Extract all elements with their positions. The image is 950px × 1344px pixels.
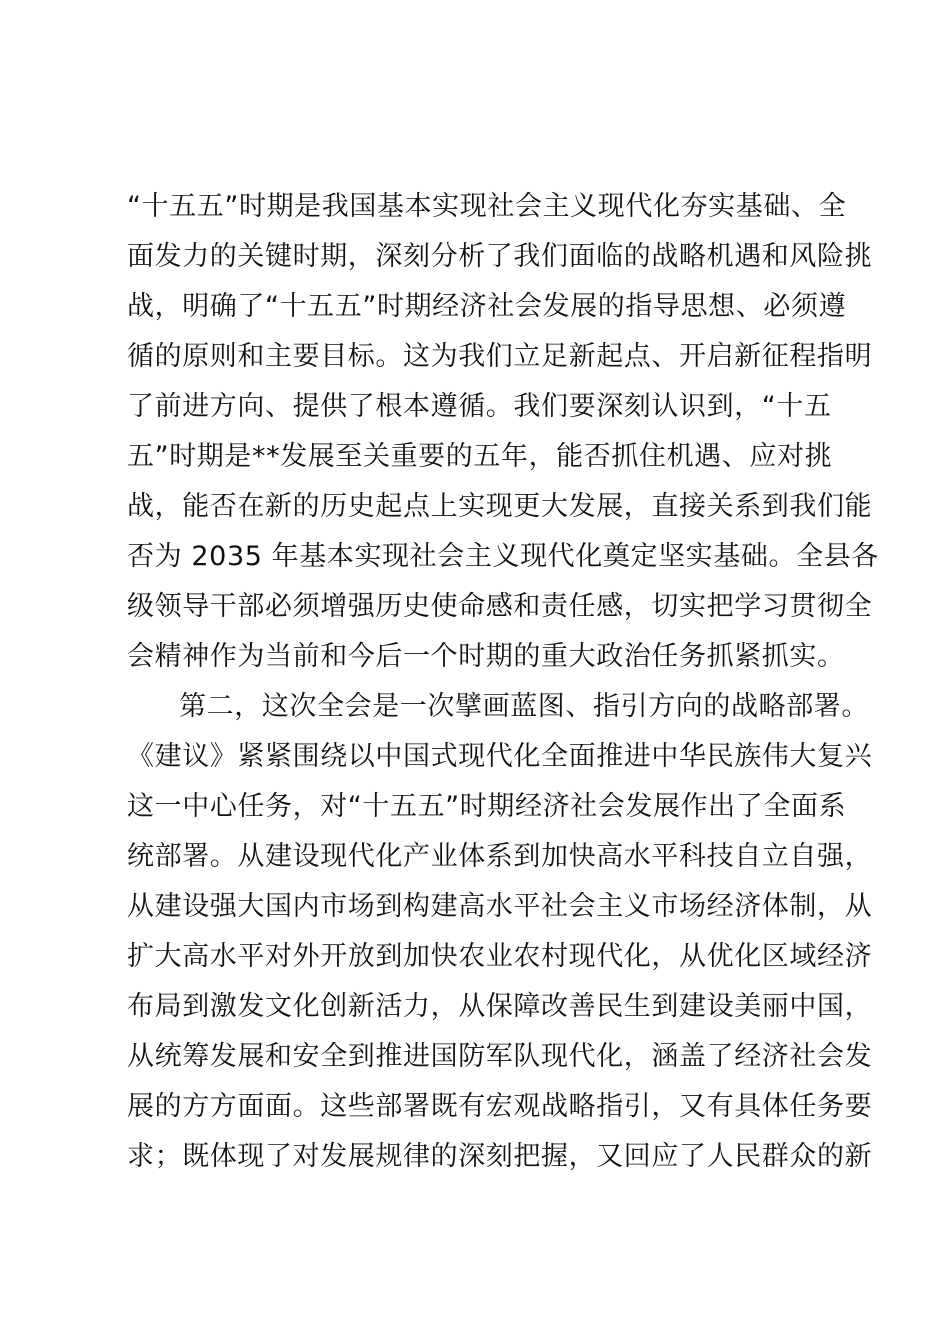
text-line: 否为 2035 年基本实现社会主义现代化奠定坚实基础。全县各: [127, 532, 837, 582]
text-line: 战，明确了“十五五”时期经济社会发展的指导思想、必须遵: [127, 282, 837, 332]
document-page: “十五五”时期是我国基本实现社会主义现代化夯实基础、全 面发力的关键时期，深刻分…: [0, 0, 950, 1344]
text-line: 扩大高水平对外开放到加快农业农村现代化，从优化区域经济: [127, 932, 837, 982]
document-body: “十五五”时期是我国基本实现社会主义现代化夯实基础、全 面发力的关键时期，深刻分…: [127, 182, 837, 1182]
text-line: 了前进方向、提供了根本遵循。我们要深刻认识到，“十五: [127, 382, 837, 432]
text-line: 这一中心任务，对“十五五”时期经济社会发展作出了全面系: [127, 782, 837, 832]
text-line: 循的原则和主要目标。这为我们立足新起点、开启新征程指明: [127, 332, 837, 382]
text-line: 面发力的关键时期，深刻分析了我们面临的战略机遇和风险挑: [127, 232, 837, 282]
text-line: 战，能否在新的历史起点上实现更大发展，直接关系到我们能: [127, 482, 837, 532]
text-line: 布局到激发文化创新活力，从保障改善民生到建设美丽中国，: [127, 982, 837, 1032]
text-line: 《建议》紧紧围绕以中国式现代化全面推进中华民族伟大复兴: [127, 732, 837, 782]
text-line-indented: 第二，这次全会是一次擘画蓝图、指引方向的战略部署。: [127, 682, 837, 732]
text-line: 统部署。从建设现代化产业体系到加快高水平科技自立自强，: [127, 832, 837, 882]
text-line: 级领导干部必须增强历史使命感和责任感，切实把学习贯彻全: [127, 582, 837, 632]
text-line: 求；既体现了对发展规律的深刻把握，又回应了人民群众的新: [127, 1132, 837, 1182]
text-line: “十五五”时期是我国基本实现社会主义现代化夯实基础、全: [127, 182, 837, 232]
paragraph-2: 第二，这次全会是一次擘画蓝图、指引方向的战略部署。 《建议》紧紧围绕以中国式现代…: [127, 682, 837, 1182]
text-line: 五”时期是**发展至关重要的五年，能否抓住机遇、应对挑: [127, 432, 837, 482]
text-line: 从统筹发展和安全到推进国防军队现代化，涵盖了经济社会发: [127, 1032, 837, 1082]
paragraph-1: “十五五”时期是我国基本实现社会主义现代化夯实基础、全 面发力的关键时期，深刻分…: [127, 182, 837, 682]
text-line: 会精神作为当前和今后一个时期的重大政治任务抓紧抓实。: [127, 632, 837, 682]
text-line: 从建设强大国内市场到构建高水平社会主义市场经济体制，从: [127, 882, 837, 932]
text-line: 展的方方面面。这些部署既有宏观战略指引，又有具体任务要: [127, 1082, 837, 1132]
